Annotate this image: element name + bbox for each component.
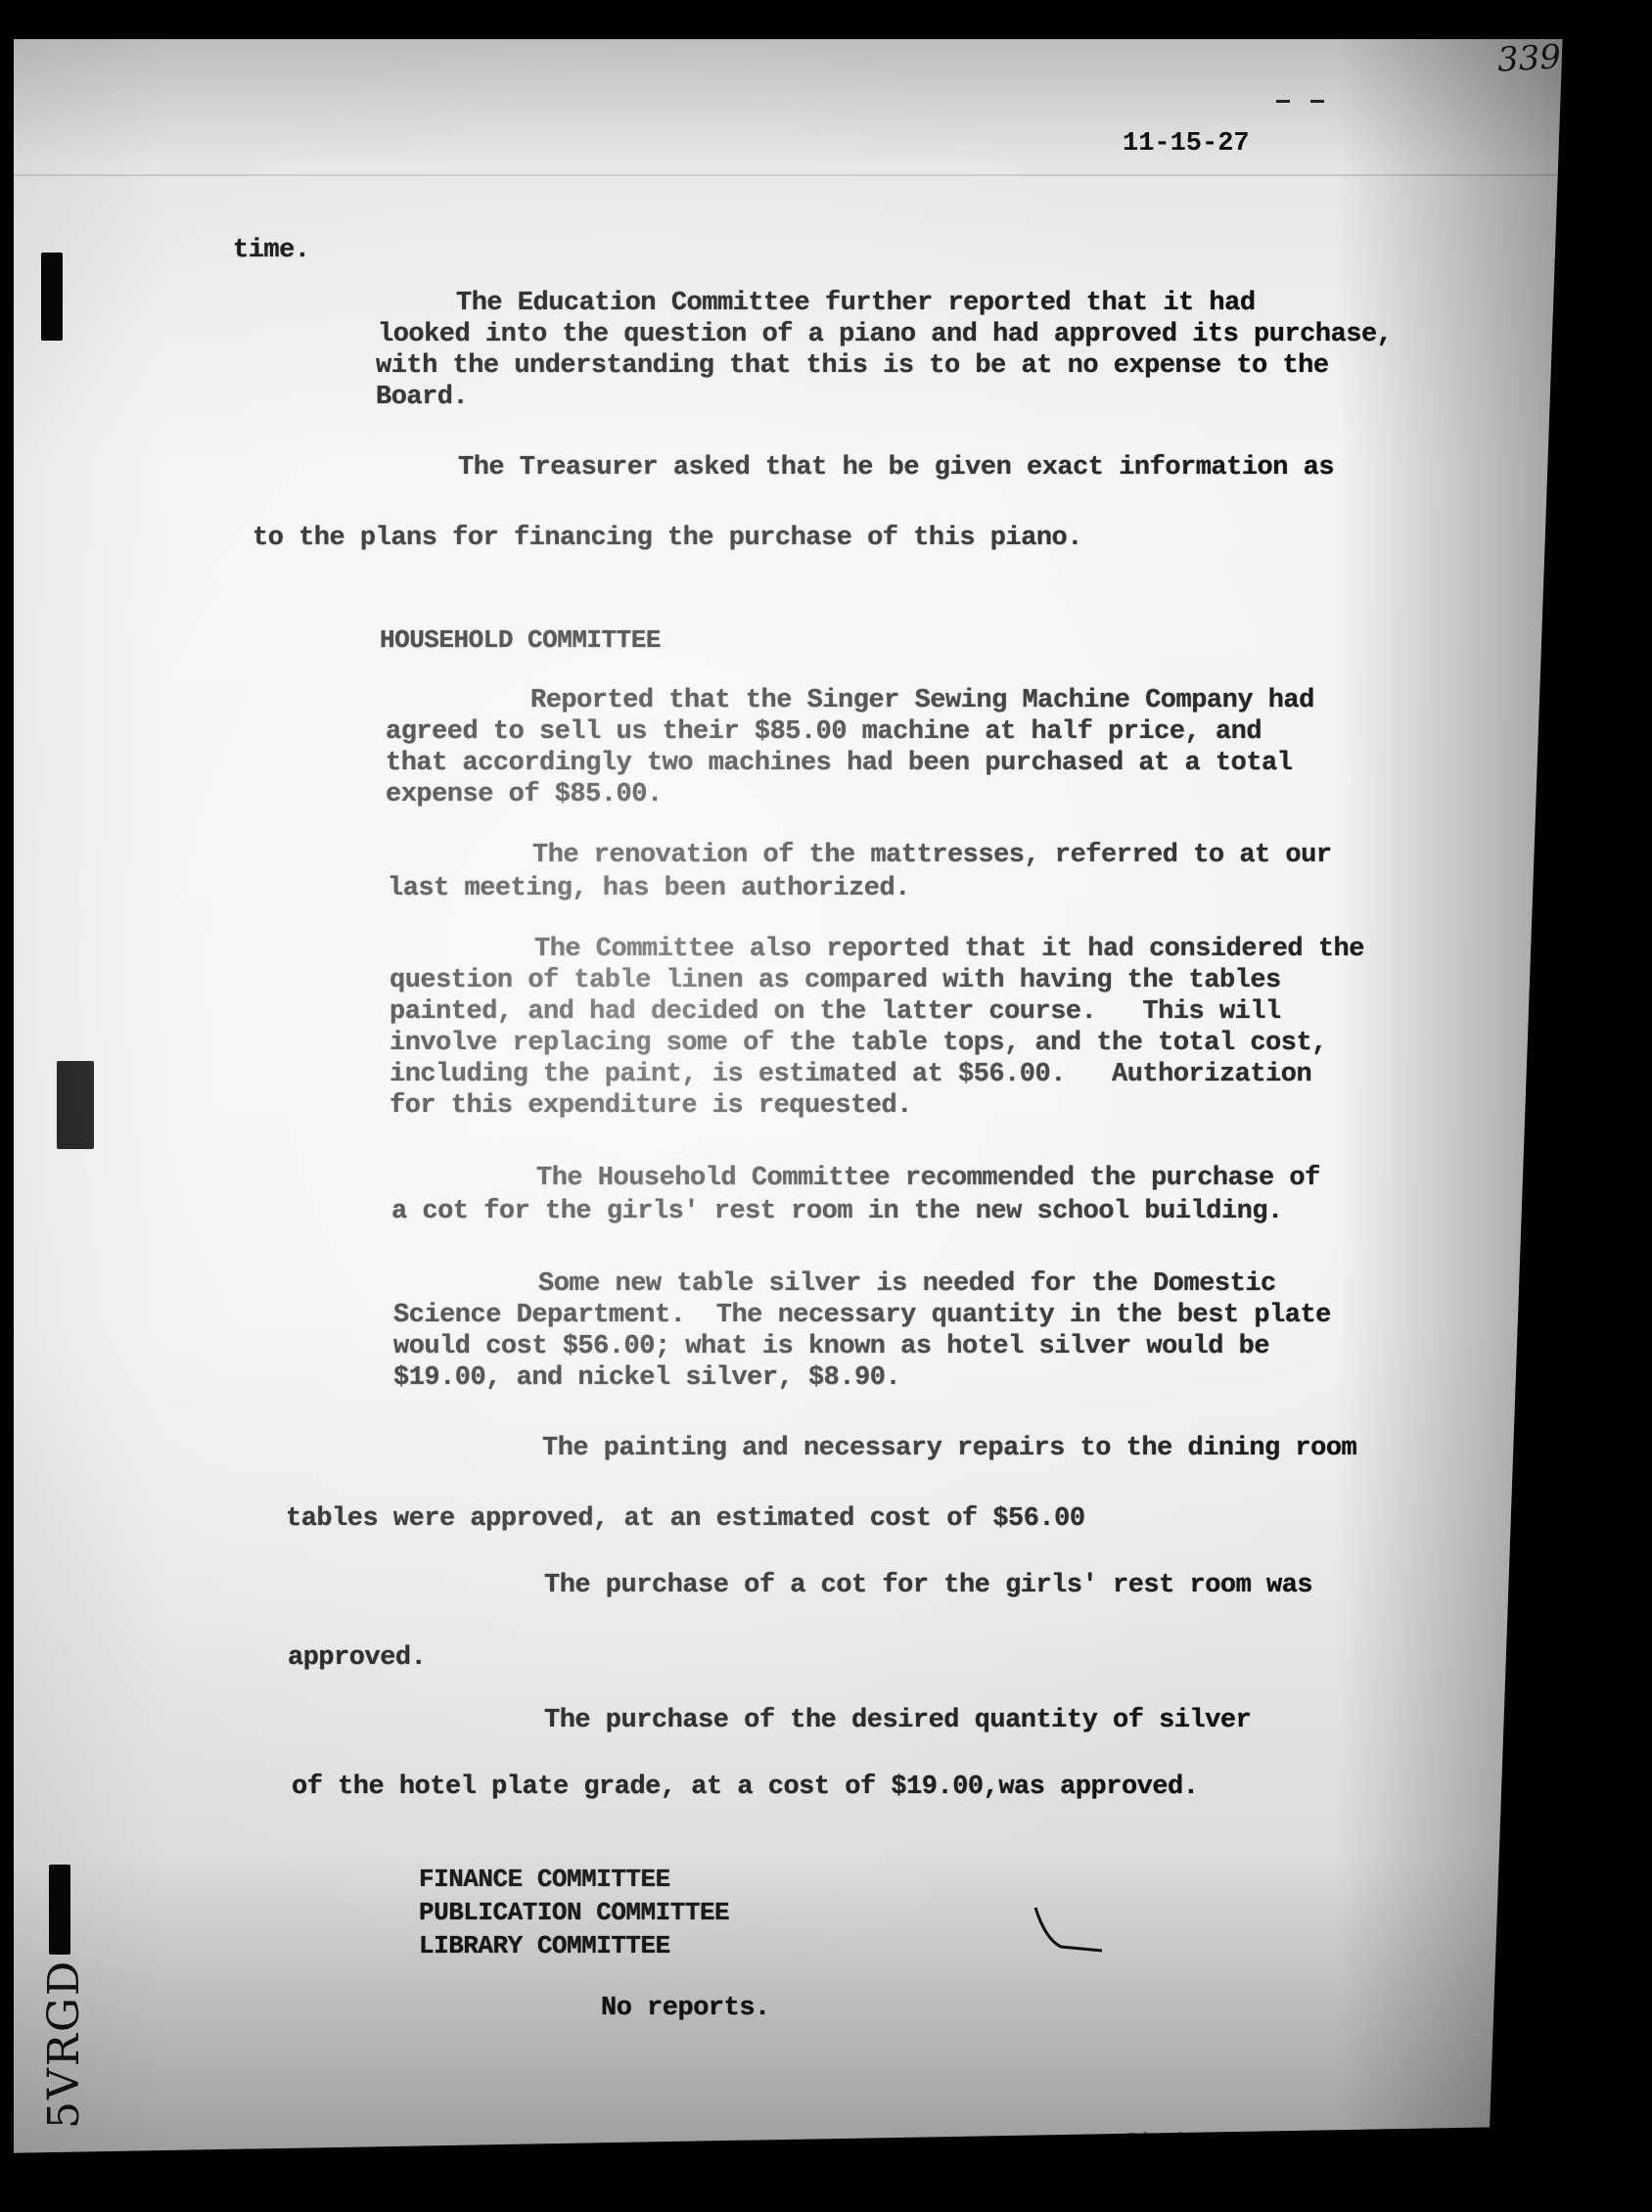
household-line: would cost $56.00; what is known as hote… [393, 1331, 1269, 1363]
margin-marker [41, 253, 63, 341]
margin-marker [57, 1061, 94, 1149]
treasurer-line: to the plans for financing the purchase … [252, 523, 1082, 555]
household-line: The renovation of the mattresses, referr… [532, 840, 1332, 872]
education-line: Board. [376, 382, 468, 414]
opening-fragment: time. [233, 235, 310, 267]
household-line: $19.00, and nickel silver, $8.90. [393, 1362, 900, 1395]
action-line: approved. [288, 1642, 426, 1675]
top-dash [1276, 100, 1290, 103]
no-reports-note: No reports. [601, 1993, 770, 2025]
margin-marker [49, 1865, 70, 1955]
treasurer-line: The Treasurer asked that he be given exa… [458, 452, 1334, 484]
header-rule [14, 174, 1580, 176]
household-line: including the paint, is estimated at $56… [390, 1059, 1311, 1091]
household-line: painted, and had decided on the latter c… [390, 996, 1281, 1029]
education-line: looked into the question of a piano and … [378, 319, 1392, 351]
action-line: of the hotel plate grade, at a cost of $… [292, 1772, 1198, 1804]
household-line: for this expenditure is requested. [390, 1090, 912, 1123]
document-date: 11-15-27 [1123, 129, 1250, 159]
page-number: 339 [1496, 37, 1562, 79]
household-line: involve replacing some of the table tops… [390, 1028, 1327, 1060]
household-line: that accordingly two machines had been p… [386, 748, 1292, 780]
household-line: Some new table silver is needed for the … [538, 1268, 1276, 1301]
household-line: agreed to sell us their $85.00 machine a… [386, 716, 1262, 749]
committee-name-library: LIBRARY COMMITTEE [419, 1930, 670, 1962]
household-line: a cot for the girls' rest room in the ne… [391, 1196, 1283, 1228]
household-line: Science Department. The necessary quanti… [393, 1300, 1331, 1332]
committee-name-publication: PUBLICATION COMMITTEE [419, 1897, 729, 1929]
action-line: The purchase of the desired quantity of … [544, 1705, 1251, 1737]
household-line: expense of $85.00. [386, 779, 663, 811]
household-line: The Committee also reported that it had … [534, 934, 1364, 966]
action-line: The purchase of a cot for the girls' res… [544, 1570, 1312, 1602]
section-heading-household: HOUSEHOLD COMMITTEE [380, 624, 661, 657]
household-line: last meeting, has been authorized. [388, 873, 910, 905]
education-line: with the understanding that this is to b… [376, 350, 1329, 383]
household-line: The Household Committee recommended the … [536, 1163, 1320, 1195]
action-line: tables were approved, at an estimated co… [286, 1503, 1085, 1536]
film-code: 5VRGD [39, 1959, 89, 2129]
education-line: The Education Committee further reported… [456, 288, 1256, 320]
document-page: 11-15-27 time. The Education Committee f… [14, 39, 1570, 2173]
top-dash [1310, 100, 1324, 103]
action-line: The painting and necessary repairs to th… [542, 1433, 1356, 1465]
scan-border-top [0, 0, 1652, 41]
committee-name-finance: FINANCE COMMITTEE [419, 1864, 670, 1896]
household-line: question of table linen as compared with… [390, 965, 1281, 997]
scan-border-left [0, 0, 14, 2212]
household-line: Reported that the Singer Sewing Machine … [530, 685, 1314, 717]
handwritten-check-mark [1032, 1904, 1110, 1962]
